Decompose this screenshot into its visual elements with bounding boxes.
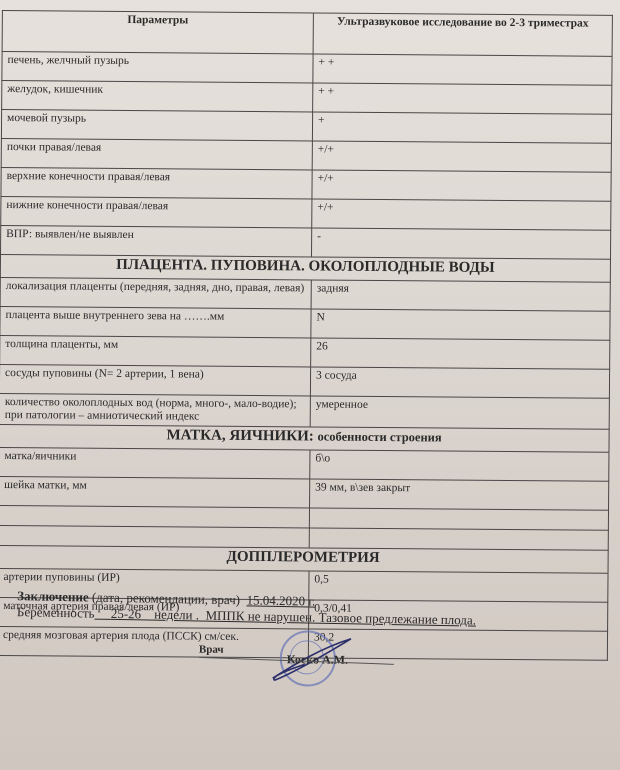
row-label: ВПР: выявлен/не выявлен (1, 226, 312, 257)
uterus-section-subtitle: особенности строения (317, 430, 441, 445)
conclusion-date: 15.04.2020 г. (246, 592, 315, 608)
row-label (0, 506, 310, 528)
row-label: желудок, кишечник (2, 81, 313, 112)
table-row: плацента выше внутреннего зева на …….ммN (0, 307, 610, 341)
placenta-rows: локализация плаценты (передняя, задняя, … (0, 278, 610, 430)
row-label: сосуды пуповины (N= 2 артерии, 1 вена) (0, 365, 311, 396)
row-value: +/+ (312, 199, 611, 230)
row-value: б\о (310, 450, 609, 481)
row-value: умеренное (310, 396, 609, 429)
row-value: + + (313, 83, 612, 114)
anatomy-rows: печень, желчный пузырь+ +желудок, кишечн… (1, 52, 613, 260)
row-value: - (311, 228, 610, 259)
row-label: верхние конечности правая/левая (1, 168, 312, 199)
uterus-rows: матка/яичникиб\ошейка матки, мм39 мм, в\… (0, 448, 609, 551)
row-value: 39 мм, в\зев закрыт (310, 479, 609, 510)
table-row: сосуды пуповины (N= 2 артерии, 1 вена)3 … (0, 365, 610, 399)
table-row: желудок, кишечник+ + (2, 81, 612, 115)
uterus-section-title: МАТКА, ЯИЧНИКИ: (166, 427, 313, 444)
row-value: +/+ (312, 141, 611, 172)
table-row: шейка матки, мм39 мм, в\зев закрыт (0, 477, 609, 511)
row-label: нижние конечности правая/левая (1, 197, 312, 228)
ultrasound-form-table: Параметры Ультразвуковое исследование во… (0, 10, 613, 661)
row-label: печень, желчный пузырь (2, 52, 313, 83)
row-value: N (311, 309, 610, 340)
row-value (309, 508, 608, 530)
pregnancy-weeks-unit: недели . (154, 607, 199, 623)
row-label: средняя мозговая артерия плода (ПССК) см… (0, 627, 309, 658)
row-label: плацента выше внутреннего зева на …….мм (0, 307, 311, 338)
row-value: + + (313, 54, 612, 85)
row-label: шейка матки, мм (0, 477, 310, 508)
conclusion-label: Заключение (17, 588, 89, 604)
table-row: печень, желчный пузырь+ + (2, 52, 612, 86)
row-label: почки правая/левая (1, 139, 312, 170)
table-row: количество околоплодных вод (норма, мног… (0, 394, 609, 430)
table-row: толщина плаценты, мм26 (0, 336, 610, 370)
signature-role: Врач (199, 644, 224, 656)
pregnancy-label: Беременность (17, 604, 95, 620)
table-header-row: Параметры Ультразвуковое исследование во… (2, 11, 612, 57)
table-row: ВПР: выявлен/не выявлен- (1, 226, 611, 260)
study-column-header: Ультразвуковое исследование во 2-3 триме… (313, 13, 612, 56)
row-label (0, 526, 309, 548)
row-label: толщина плаценты, мм (0, 336, 311, 367)
row-value: задняя (311, 280, 610, 311)
row-value: +/+ (312, 170, 611, 201)
row-label: мочевой пузырь (1, 110, 312, 141)
table-row: локализация плаценты (передняя, задняя, … (0, 278, 610, 312)
row-value (309, 528, 608, 550)
pregnancy-weeks: 25-26 (111, 606, 142, 622)
params-column-header: Параметры (2, 11, 313, 54)
row-label: локализация плаценты (передняя, задняя, … (0, 278, 311, 309)
row-value: 3 сосуда (310, 367, 609, 398)
conclusion-hint: (дата, рекомендации, врач) (92, 590, 240, 608)
row-label: количество околоплодных вод (норма, мног… (0, 394, 310, 427)
row-label: матка/яичники (0, 448, 310, 479)
row-value: 26 (311, 338, 610, 369)
table-row: матка/яичникиб\о (0, 448, 609, 482)
ultrasound-report-page: Параметры Ультразвуковое исследование во… (0, 0, 620, 770)
row-value: + (312, 112, 611, 143)
